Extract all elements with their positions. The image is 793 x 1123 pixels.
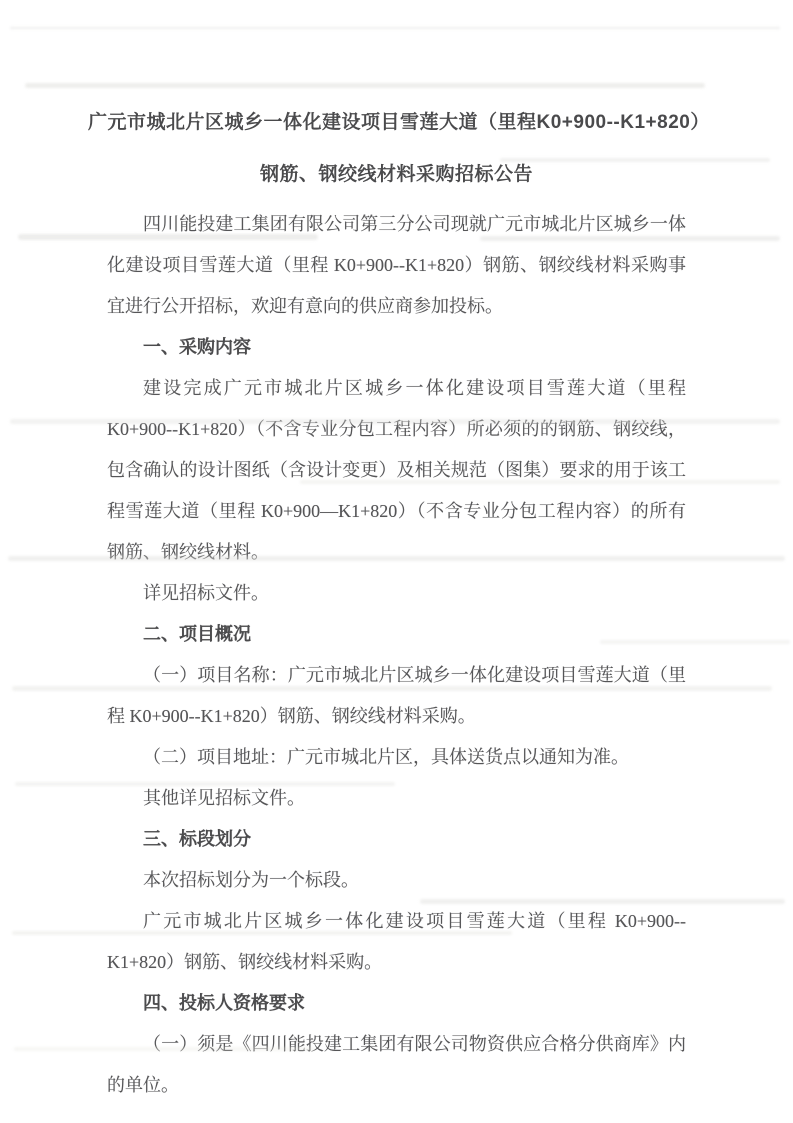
paragraph: （一）项目名称：广元市城北片区城乡一体化建设项目雪莲大道（里程 K0+900--… — [107, 655, 686, 737]
document-title: 广元市城北片区城乡一体化建设项目雪莲大道（里程K0+900--K1+820） 钢… — [0, 0, 793, 201]
section-heading: 四、投标人资格要求 — [107, 983, 686, 1024]
paragraph: （一）须是《四川能投建工集团有限公司物资供应合格分供商库》内的单位。 — [107, 1024, 686, 1106]
section-heading: 一、采购内容 — [107, 327, 686, 368]
section-heading: 三、标段划分 — [107, 819, 686, 860]
paragraph: 本次招标划分为一个标段。 — [107, 860, 686, 901]
paragraph: 其他详见招标文件。 — [107, 778, 686, 819]
paragraph: 建设完成广元市城北片区城乡一体化建设项目雪莲大道（里程K0+900--K1+82… — [107, 368, 686, 573]
paragraph: 广元市城北片区城乡一体化建设项目雪莲大道（里程 K0+900--K1+820）钢… — [107, 901, 686, 983]
paragraph: （二）项目地址：广元市城北片区，具体送货点以通知为准。 — [107, 737, 686, 778]
paragraph: 四川能投建工集团有限公司第三分公司现就广元市城北片区城乡一体化建设项目雪莲大道（… — [107, 204, 686, 327]
section-heading: 二、项目概况 — [107, 614, 686, 655]
document-body: 四川能投建工集团有限公司第三分公司现就广元市城北片区城乡一体化建设项目雪莲大道（… — [0, 201, 793, 1106]
document-page: 广元市城北片区城乡一体化建设项目雪莲大道（里程K0+900--K1+820） 钢… — [0, 0, 793, 1123]
title-line-2: 钢筋、钢绞线材料采购招标公告 — [88, 149, 705, 201]
paragraph: 详见招标文件。 — [107, 573, 686, 614]
title-line-1: 广元市城北片区城乡一体化建设项目雪莲大道（里程K0+900--K1+820） — [88, 97, 705, 149]
